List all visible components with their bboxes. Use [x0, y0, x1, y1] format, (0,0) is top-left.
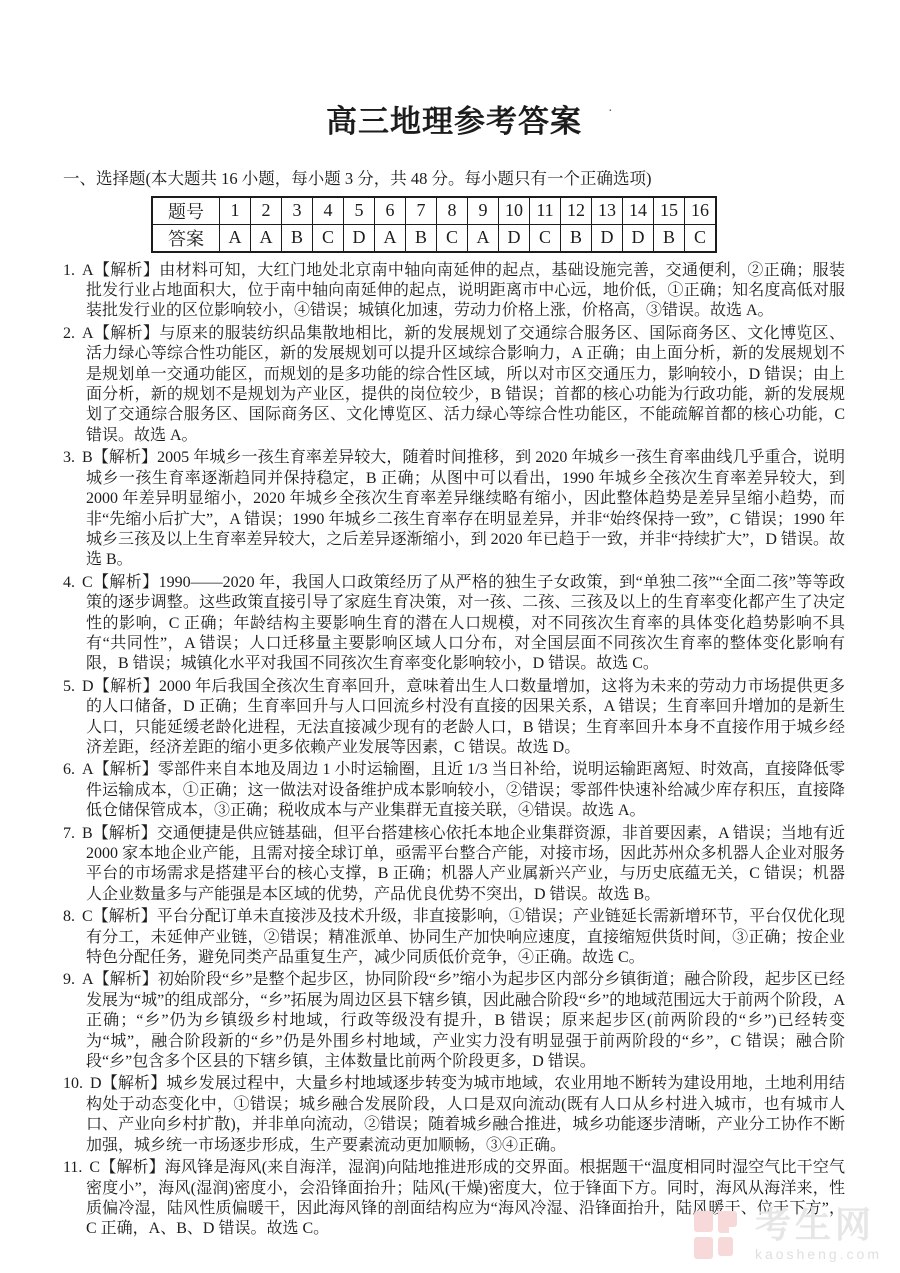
item-text: D【解析】城乡发展过程中，大量乡村地域逐步转变为城市地域，农业用地不断转为建设用…: [86, 1075, 845, 1153]
explanation-item-1: 1.A【解析】由材料可知，大红门地处北京南中轴向南延伸的起点，基础设施完善，交通…: [63, 261, 845, 322]
answer-cell: D: [499, 224, 530, 252]
answer-cell: C: [685, 224, 717, 252]
answer-cell: B: [561, 224, 592, 252]
row-label-question: 题号: [152, 197, 220, 225]
answer-table: 题号 1 2 3 4 5 6 7 8 9 10 11 12 13 14 15 1…: [151, 196, 717, 253]
item-text: C【解析】平台分配订单未直接涉及技术升级，非直接影响，①错误；产业链延长需新增环…: [82, 908, 845, 966]
answer-cell: D: [344, 224, 375, 252]
question-number-cell: 14: [623, 197, 654, 225]
answer-cell: C: [313, 224, 344, 252]
answer-row: 答案 A A B C D A B C A D C B D D B C: [152, 224, 716, 252]
stray-dot-mark: ·: [608, 104, 614, 120]
answer-cell: A: [468, 224, 499, 252]
item-number: 10.: [63, 1075, 83, 1092]
item-text: A【解析】零部件来自本地及周边 1 小时运输圈，且近 1/3 当日补给，说明运输…: [82, 761, 845, 819]
item-number: 5.: [63, 678, 75, 695]
item-text: D【解析】2000 年后我国全孩次生育率回升，意味着出生人口数量增加，这将为未来…: [82, 678, 845, 756]
answer-cell: C: [437, 224, 468, 252]
explanation-item-2: 2.A【解析】与原来的服装纺织品集散地相比，新的发展规划了交通综合服务区、国际商…: [63, 324, 845, 446]
explanation-list: 1.A【解析】由材料可知，大红门地处北京南中轴向南延伸的起点，基础设施完善，交通…: [63, 261, 845, 1240]
explanation-item-6: 6.A【解析】零部件来自本地及周边 1 小时运输圈，且近 1/3 当日补给，说明…: [63, 760, 845, 821]
question-number-cell: 7: [406, 197, 437, 225]
explanation-item-9: 9.A【解析】初始阶段“乡”是整个起步区，协同阶段“乡”缩小为起步区内部分乡镇街…: [63, 970, 845, 1072]
explanation-item-5: 5.D【解析】2000 年后我国全孩次生育率回升，意味着出生人口数量增加，这将为…: [63, 677, 845, 759]
item-number: 8.: [63, 908, 75, 925]
row-label-answer: 答案: [152, 224, 220, 252]
item-number: 1.: [63, 262, 75, 279]
item-number: 9.: [63, 971, 75, 988]
page-title: 高三地理参考答案 ·: [63, 96, 845, 141]
question-number-cell: 8: [437, 197, 468, 225]
item-text: C【解析】1990——2020 年，我国人口政策经历了从严格的独生子女政策，到“…: [82, 574, 845, 673]
answer-cell: D: [592, 224, 623, 252]
explanation-item-3: 3.B【解析】2005 年城乡一孩生育率差异较大，随着时间推移，到 2020 年…: [63, 448, 845, 570]
watermark-site-url: kaosheng.com: [755, 1247, 882, 1261]
answer-cell: C: [530, 224, 561, 252]
question-number-cell: 10: [499, 197, 530, 225]
item-number: 2.: [63, 325, 75, 342]
question-number-cell: 5: [344, 197, 375, 225]
question-number-cell: 4: [313, 197, 344, 225]
item-number: 11.: [63, 1159, 82, 1176]
question-number-cell: 9: [468, 197, 499, 225]
document-page: 高三地理参考答案 · 一、选择题(本大题共 16 小题，每小题 3 分，共 48…: [63, 0, 845, 1242]
item-text: B【解析】交通便捷是供应链基础，但平台搭建核心依托本地企业集群资源，非首要因素，…: [82, 825, 845, 903]
question-number-cell: 3: [282, 197, 313, 225]
page-title-text: 高三地理参考答案: [326, 104, 582, 139]
section-heading: 一、选择题(本大题共 16 小题，每小题 3 分，共 48 分。每小题只有一个正…: [63, 169, 845, 190]
explanation-item-10: 10.D【解析】城乡发展过程中，大量乡村地域逐步转变为城市地域，农业用地不断转为…: [63, 1074, 845, 1156]
explanation-item-8: 8.C【解析】平台分配订单未直接涉及技术升级，非直接影响，①错误；产业链延长需新…: [63, 907, 845, 968]
explanation-item-4: 4.C【解析】1990——2020 年，我国人口政策经历了从严格的独生子女政策，…: [63, 573, 845, 675]
answer-cell: B: [654, 224, 685, 252]
item-number: 4.: [63, 574, 75, 591]
answer-cell: A: [251, 224, 282, 252]
item-number: 6.: [63, 761, 75, 778]
explanation-item-7: 7.B【解析】交通便捷是供应链基础，但平台搭建核心依托本地企业集群资源，非首要因…: [63, 824, 845, 906]
item-text: B【解析】2005 年城乡一孩生育率差异较大，随着时间推移，到 2020 年城乡…: [82, 449, 845, 568]
question-number-cell: 12: [561, 197, 592, 225]
answer-cell: A: [220, 224, 251, 252]
question-number-row: 题号 1 2 3 4 5 6 7 8 9 10 11 12 13 14 15 1…: [152, 197, 716, 225]
item-text: A【解析】与原来的服装纺织品集散地相比，新的发展规划了交通综合服务区、国际商务区…: [82, 325, 845, 444]
watermark-text: 考生网 kaosheng.com: [755, 1207, 882, 1261]
kaosheng-logo-icon: [693, 1207, 745, 1263]
question-number-cell: 11: [530, 197, 561, 225]
question-number-cell: 6: [375, 197, 406, 225]
item-number: 3.: [63, 449, 75, 466]
question-number-cell: 1: [220, 197, 251, 225]
kaosheng-watermark: 考生网 kaosheng.com: [693, 1207, 882, 1263]
answer-cell: A: [375, 224, 406, 252]
answer-cell: D: [623, 224, 654, 252]
item-text: A【解析】初始阶段“乡”是整个起步区，协同阶段“乡”缩小为起步区内部分乡镇街道；…: [82, 971, 845, 1070]
item-text: A【解析】由材料可知，大红门地处北京南中轴向南延伸的起点，基础设施完善，交通便利…: [82, 262, 845, 320]
question-number-cell: 15: [654, 197, 685, 225]
question-number-cell: 16: [685, 197, 717, 225]
answer-cell: B: [282, 224, 313, 252]
question-number-cell: 2: [251, 197, 282, 225]
watermark-site-name: 考生网: [755, 1207, 882, 1243]
item-number: 7.: [63, 825, 75, 842]
question-number-cell: 13: [592, 197, 623, 225]
answer-cell: B: [406, 224, 437, 252]
